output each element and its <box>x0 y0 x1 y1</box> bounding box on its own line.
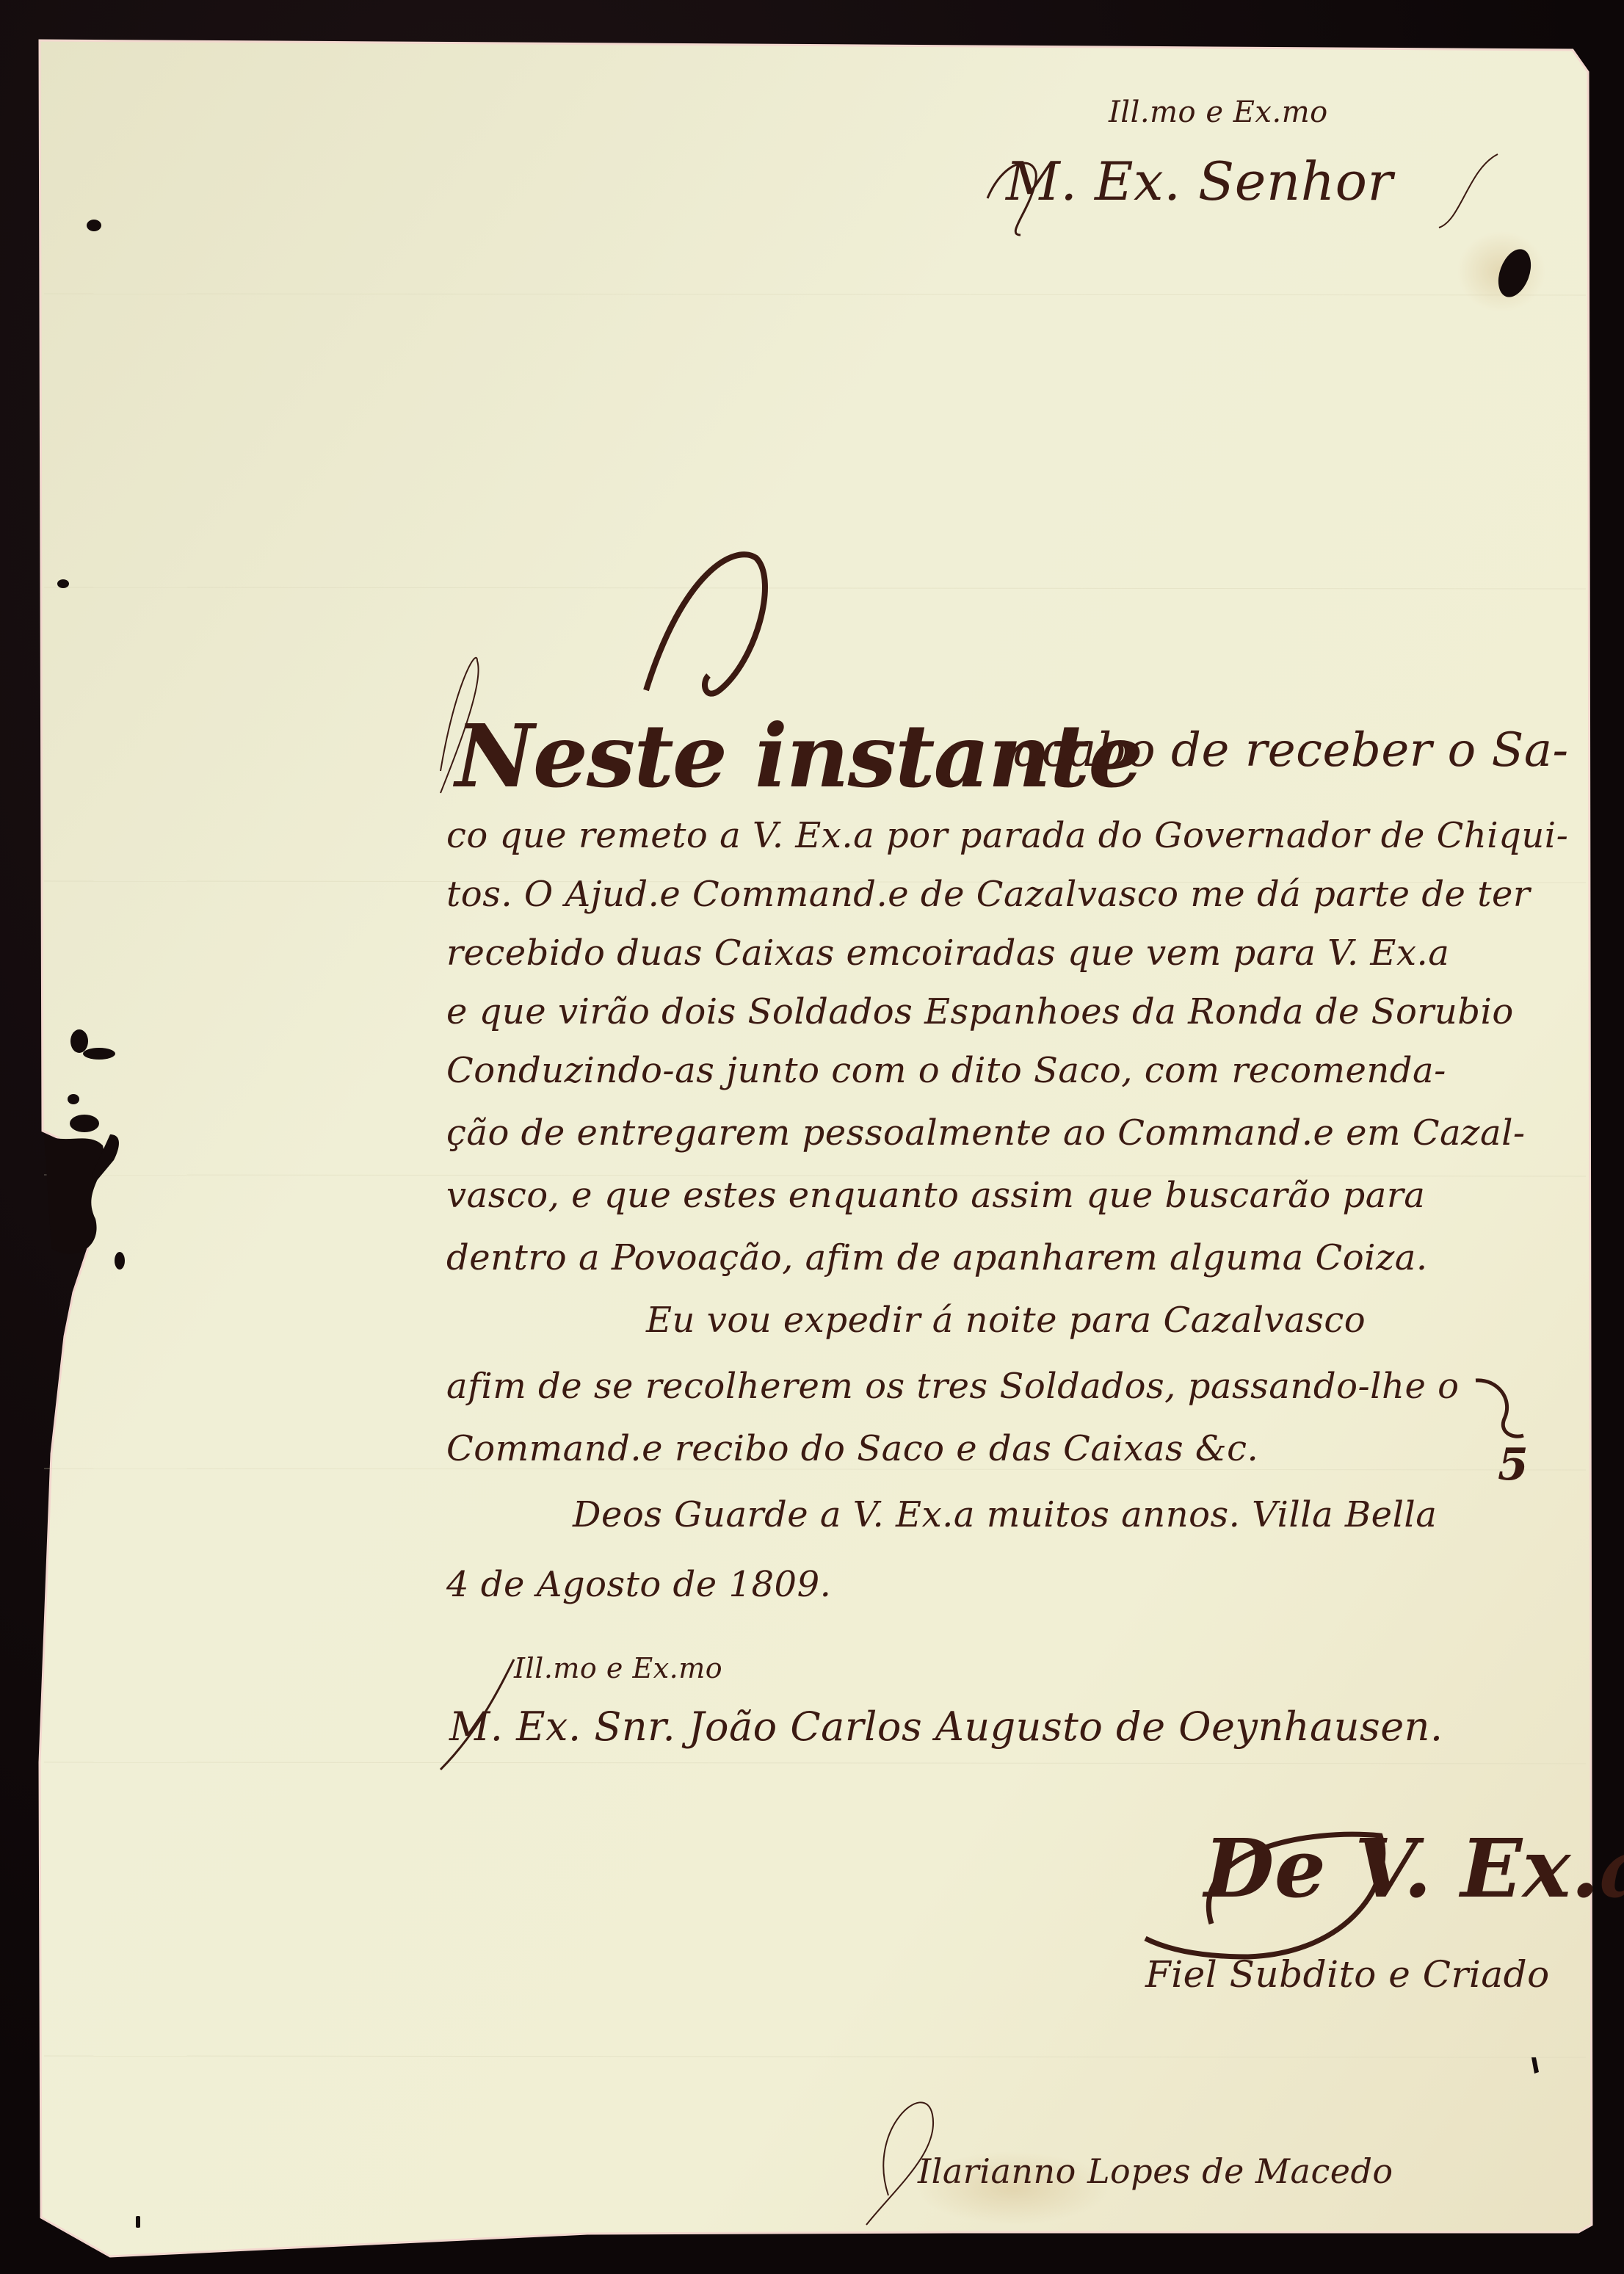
body-line-3: tos. O Ajud.e Command.e de Cazalvasco me… <box>446 874 1530 915</box>
body-line-5: e que virão dois Soldados Espanhoes da R… <box>446 991 1514 1032</box>
body-line-12: Command.e recibo do Saco e das Caixas &c… <box>446 1428 1258 1469</box>
body-line-8: vasco, e que estes enquanto assim que bu… <box>446 1175 1425 1216</box>
closing-flourish: De V. Ex.a <box>1204 1821 1624 1916</box>
marginal-mark: 5 <box>1498 1439 1529 1491</box>
addressee-superscript: Ill.mo e Ex.mo <box>514 1652 722 1684</box>
date-line: 4 de Agosto de 1809. <box>446 1564 831 1605</box>
body-line-4: recebido duas Caixas emcoiradas que vem … <box>446 933 1449 974</box>
addressee-line: M. Ex. Snr. João Carlos Augusto de Oeynh… <box>449 1703 1443 1750</box>
closing-subscript: Fiel Subdito e Criado <box>1145 1953 1550 1996</box>
body-line-2: co que remeto a V. Ex.a por parada do Go… <box>446 815 1568 856</box>
salutation-superscript: Ill.mo e Ex.mo <box>1109 95 1328 129</box>
salutation-line: M. Ex. Senhor <box>1006 151 1393 212</box>
signature: Ilarianno Lopes de Macedo <box>918 2151 1393 2191</box>
body-line-1: acabo de receber o Sa- <box>1013 723 1569 778</box>
body-line-6: Conduzindo-as junto com o dito Saco, com… <box>446 1050 1446 1091</box>
body-line-13: Deos Guarde a V. Ex.a muitos annos. Vill… <box>573 1494 1437 1535</box>
body-line-11: afim de se recolherem os tres Soldados, … <box>446 1366 1460 1407</box>
manuscript-page: Ill.mo e Ex.mo M. Ex. Senhor Neste insta… <box>0 0 1624 2274</box>
body-line-10: Eu vou expedir á noite para Cazalvasco <box>646 1300 1366 1341</box>
body-line-7: ção de entregarem pessoalmente ao Comman… <box>446 1112 1526 1154</box>
body-line-9: dentro a Povoação, afim de apanharem alg… <box>446 1237 1428 1278</box>
